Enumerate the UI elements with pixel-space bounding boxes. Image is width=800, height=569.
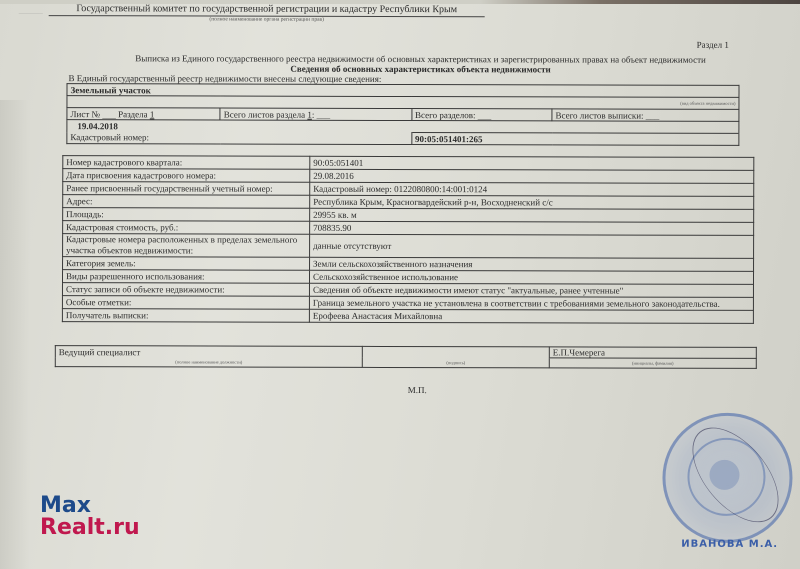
watermark-logo: Max Realt.ru (40, 495, 140, 539)
sheet-cell: Лист № ___ Раздела 1 (67, 108, 220, 120)
watermark-line2: Realt.ru (40, 517, 140, 539)
position-title: Ведущий специалист (55, 346, 362, 358)
signature-table: Ведущий специалист Е.П.Чемерега (полное … (55, 345, 757, 369)
agency-name: Государственный комитет по государственн… (49, 3, 485, 15)
stamp-name: ИВАНОВА М.А. (681, 539, 778, 550)
document-page: —————— Государственный комитет по госуда… (0, 0, 800, 569)
name-caption: (инициалы, фамилия) (549, 358, 756, 369)
signature-field (362, 346, 549, 357)
total-sections-cell: Всего разделов: ___ (412, 109, 552, 121)
section-label: Раздел 1 (697, 40, 729, 50)
cadastral-value: 90:05:051401:265 (411, 133, 738, 146)
total-sheets-section-cell: Всего листов раздела 1: ___ (220, 108, 411, 121)
signature-caption: (подпись) (362, 357, 549, 367)
margin-mark: —————— (19, 10, 43, 15)
details-table: Номер кадастрового квартала:90:05:051401… (62, 155, 754, 324)
table-row: Получатель выписки:Ерофеева Анастасия Ми… (62, 309, 753, 324)
object-header-table: Земельный участок (вид объекта недвижимо… (66, 83, 739, 146)
signer-name: Е.П.Чемерега (549, 347, 756, 359)
seal-place-label: М.П. (408, 385, 427, 395)
agency-caption: (полное наименование органа регистрации … (49, 16, 485, 23)
table-row: Кадастровые номера расположенных в преде… (63, 234, 754, 259)
watermark-line1: Max (40, 495, 140, 517)
total-sheets-extract-cell: Всего листов выписки: ___ (552, 109, 739, 121)
cadastral-label: Кадастровый номер: (67, 132, 412, 145)
position-caption: (полное наименование должности) (55, 357, 362, 368)
